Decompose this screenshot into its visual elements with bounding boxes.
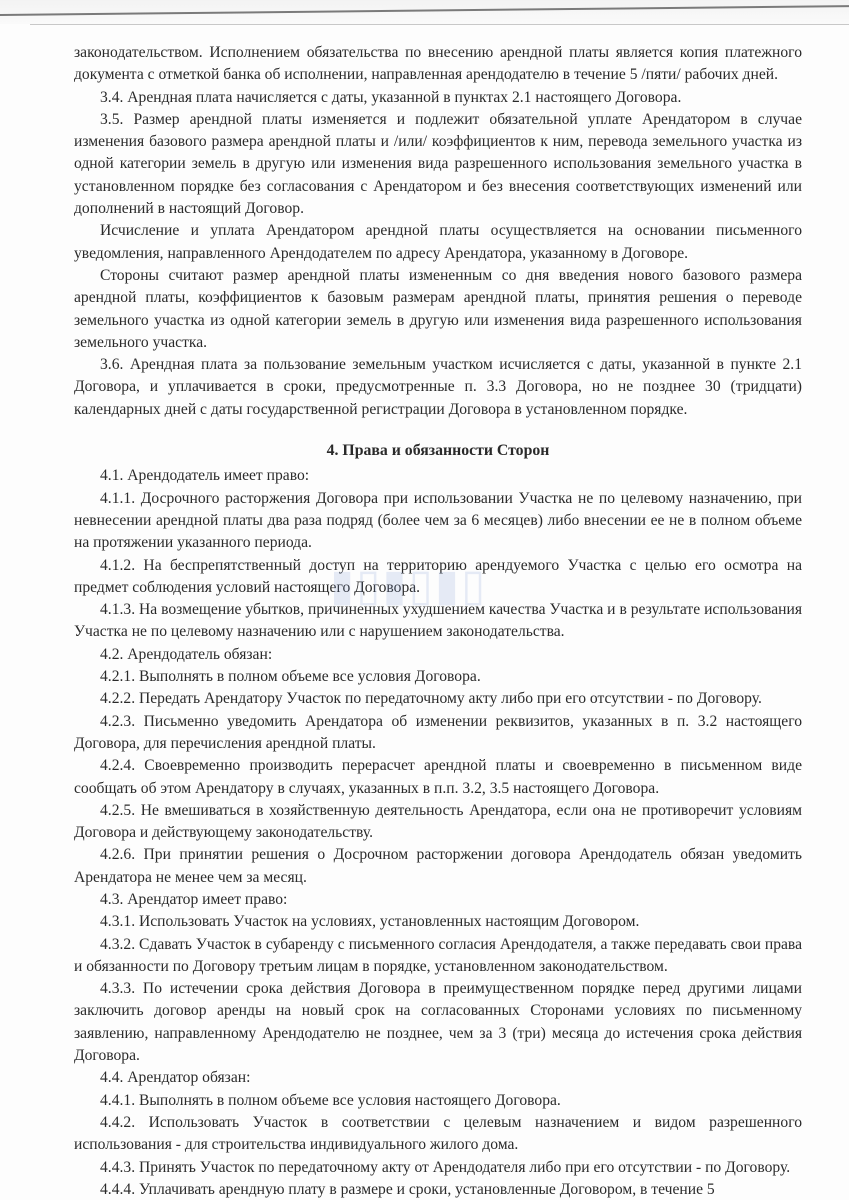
clause-4-4: 4.4. Арендатор обязан: — [74, 1067, 802, 1089]
clause-4-1-1: 4.1.1. Досрочного расторжения Договора п… — [74, 488, 802, 555]
clause-4-1-2: 4.1.2. На беспрепятственный доступ на те… — [74, 555, 802, 600]
clause-4-2-4: 4.2.4. Своевременно производить перерасч… — [74, 755, 802, 800]
clause-3-5: 3.5. Размер арендной платы изменяется и … — [74, 109, 802, 220]
clause-4-3: 4.3. Арендатор имеет право: — [74, 889, 802, 911]
clause-3-5-calculation: Исчисление и уплата Арендатором арендной… — [74, 220, 802, 265]
clause-4-2-5: 4.2.5. Не вмешиваться в хозяйственную де… — [74, 800, 802, 845]
clause-4-2-6: 4.2.6. При принятии решения о Досрочном … — [74, 844, 802, 889]
clause-3-4: 3.4. Арендная плата начисляется с даты, … — [74, 87, 802, 109]
clause-4-2: 4.2. Арендодатель обязан: — [74, 644, 802, 666]
clause-4-3-2: 4.3.2. Сдавать Участок в субаренду с пис… — [74, 934, 802, 979]
clause-4-2-2: 4.2.2. Передать Арендатору Участок по пе… — [74, 688, 802, 710]
section-title: 4. Права и обязанности Сторон — [74, 440, 802, 462]
clause-3-5-change: Стороны считают размер арендной платы из… — [74, 265, 802, 354]
clause-4-2-3: 4.2.3. Письменно уведомить Арендатора об… — [74, 711, 802, 756]
paragraph-continuation: законодательством. Исполнением обязатель… — [74, 42, 802, 87]
clause-3-6: 3.6. Арендная плата за пользование земел… — [74, 354, 802, 421]
clause-4-4-1: 4.4.1. Выполнять в полном объеме все усл… — [74, 1090, 802, 1112]
scan-page-edge-inner — [30, 24, 849, 25]
clause-4-4-2: 4.4.2. Использовать Участок в соответств… — [74, 1112, 802, 1157]
clause-4-3-3: 4.3.3. По истечении срока действия Догов… — [74, 978, 802, 1067]
clause-4-1: 4.1. Арендодатель имеет право: — [74, 465, 802, 487]
document-page: законодательством. Исполнением обязатель… — [74, 42, 802, 1200]
clause-4-4-4: 4.4.4. Уплачивать арендную плату в разме… — [74, 1179, 802, 1200]
clause-4-2-1: 4.2.1. Выполнять в полном объеме все усл… — [74, 666, 802, 688]
clause-4-1-3: 4.1.3. На возмещение убытков, причиненны… — [74, 599, 802, 644]
clause-4-4-3: 4.4.3. Принять Участок по передаточному … — [74, 1157, 802, 1179]
clause-4-3-1: 4.3.1. Использовать Участок на условиях,… — [74, 911, 802, 933]
